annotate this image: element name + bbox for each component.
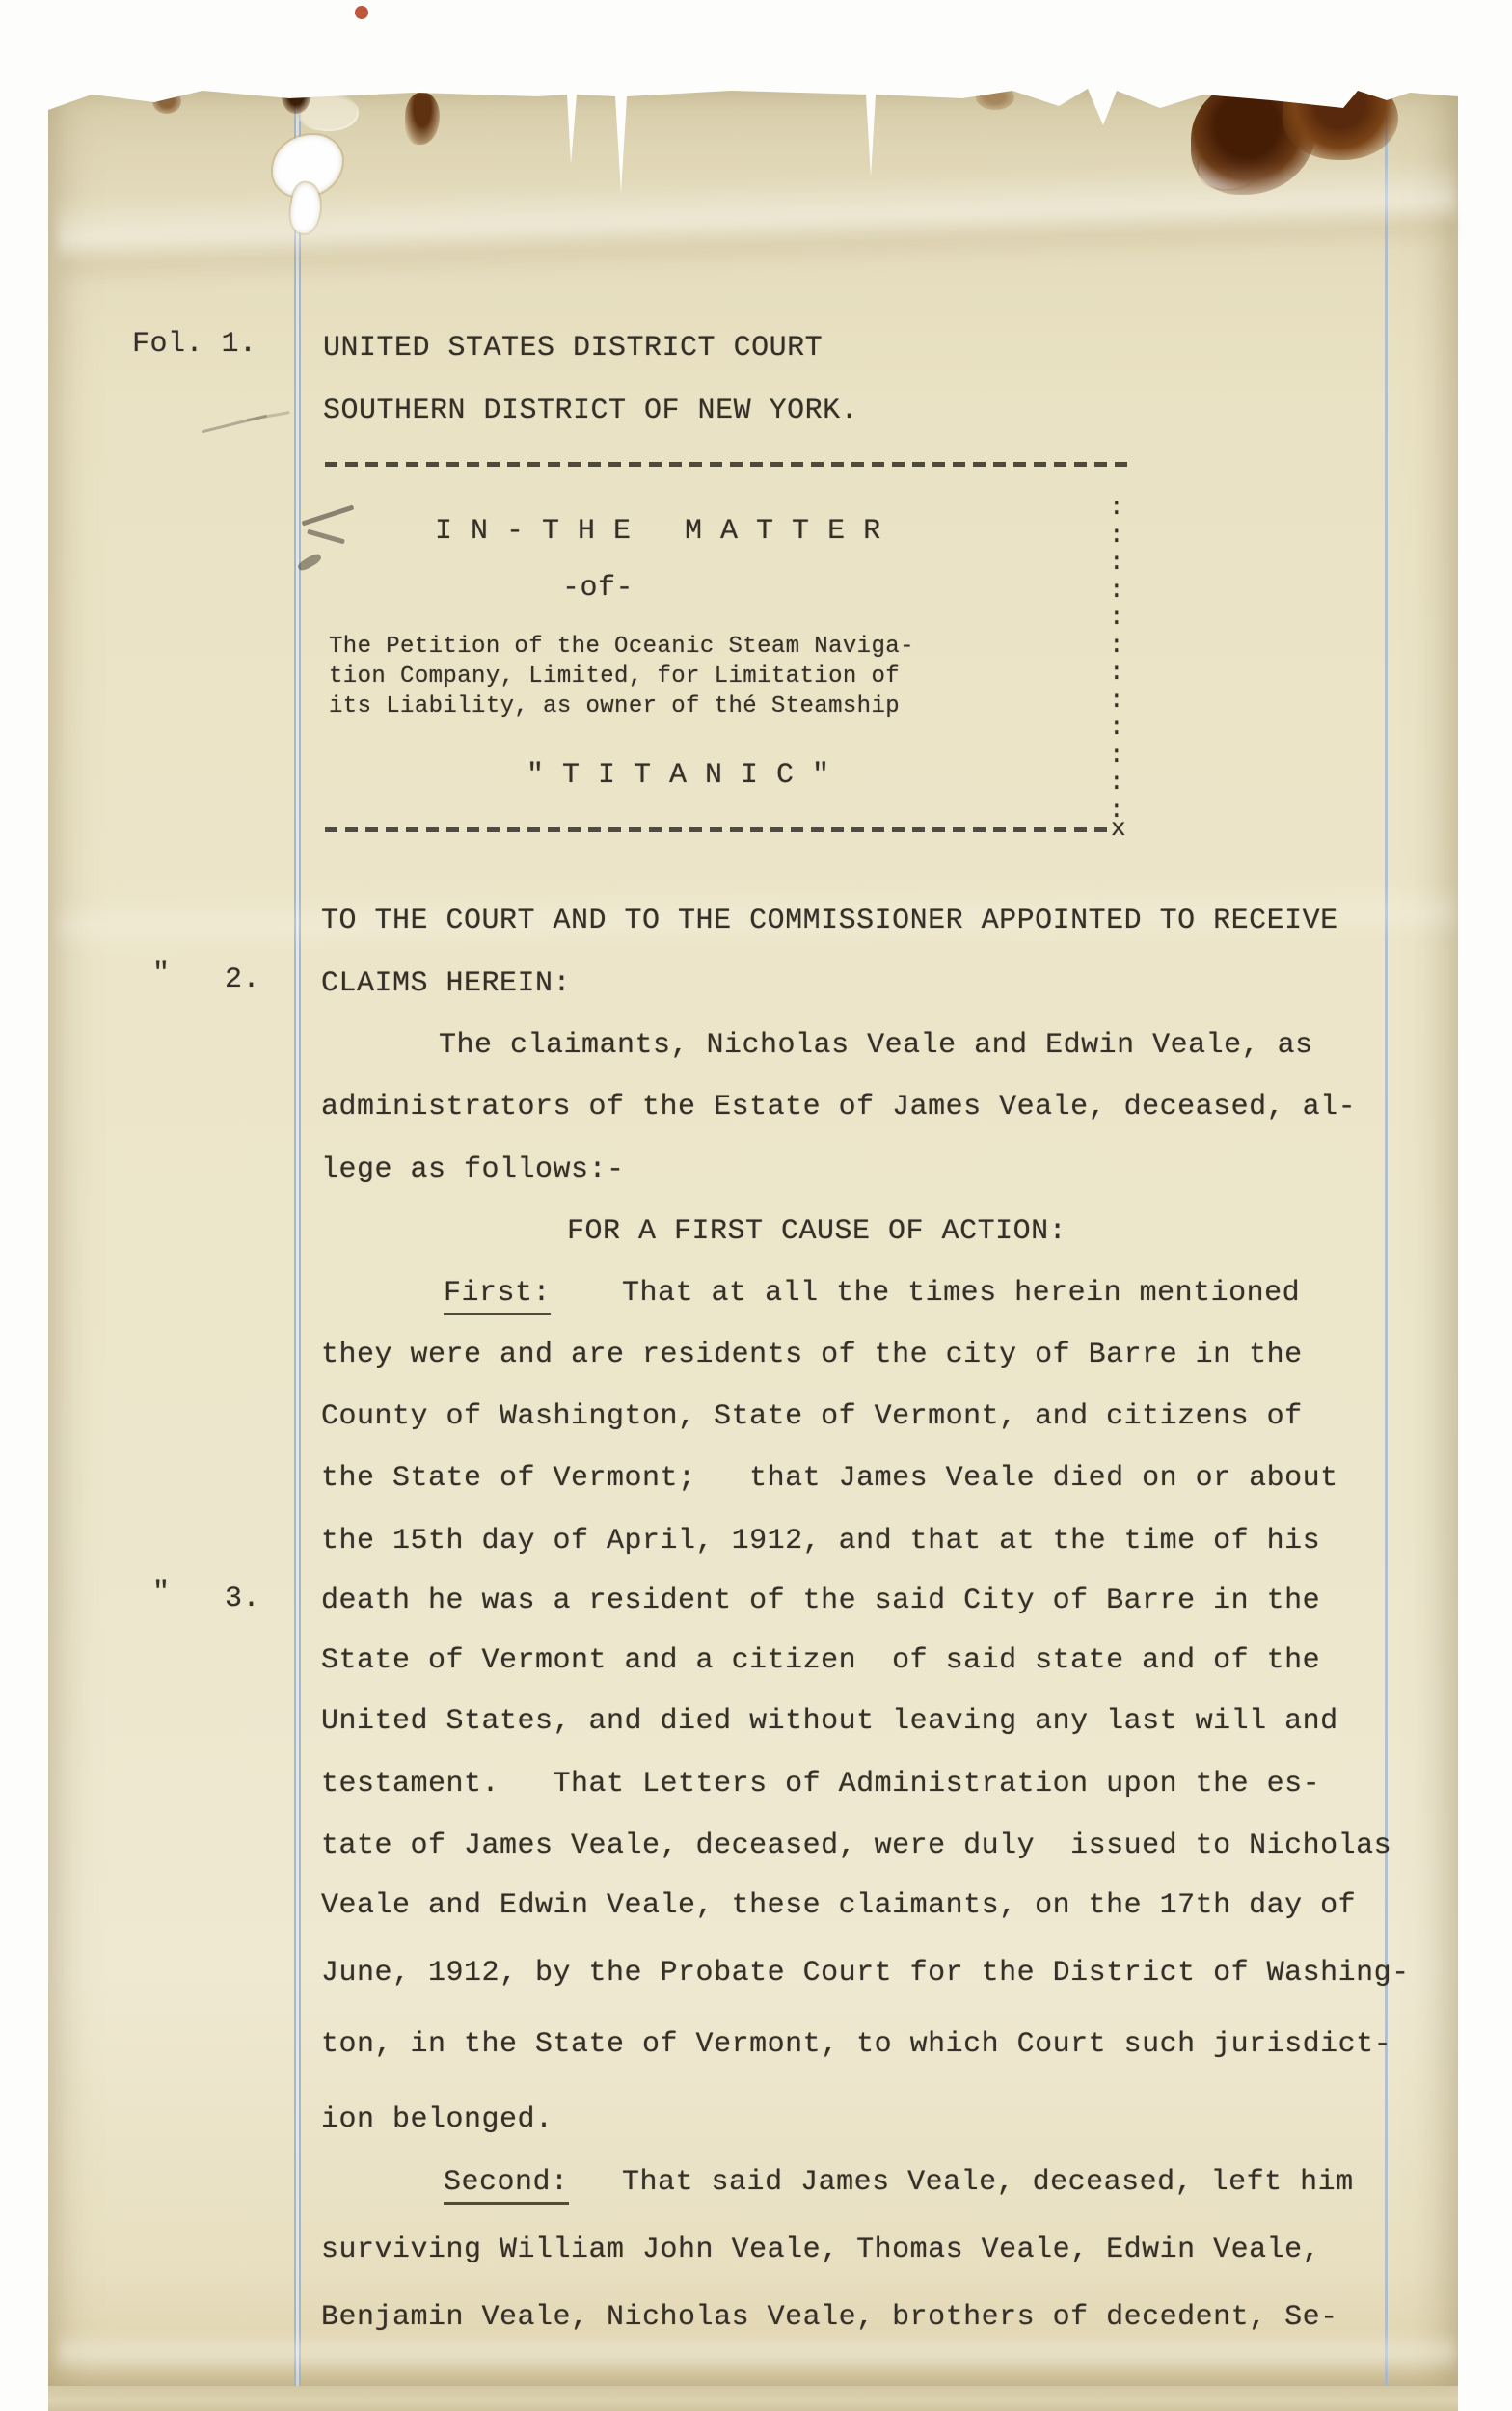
body-line: administrators of the Estate of James Ve… — [321, 1093, 1356, 1122]
body-line: death he was a resident of the said City… — [321, 1586, 1320, 1615]
body-line: United States, and died without leaving … — [321, 1707, 1338, 1736]
body-line: the 15th day of April, 1912, and that at… — [321, 1527, 1320, 1556]
caption-colon: : — [1109, 549, 1124, 577]
paragraph-lead-text: That at all the times herein mentioned — [551, 1277, 1300, 1310]
caption-colon: : — [1109, 659, 1124, 687]
caption-of: -of- — [562, 574, 634, 603]
document-scan-stage: Fol. 1. " 2. " 3. UNITED STATES DISTRICT… — [0, 0, 1512, 2411]
body-line: the State of Vermont; that James Veale d… — [321, 1464, 1338, 1493]
caption-colon: : — [1109, 769, 1124, 797]
margin-mark-2-ditto: " — [152, 960, 171, 989]
body-line: surviving William John Veale, Thomas Vea… — [321, 2235, 1320, 2264]
paragraph-lead-text: That said James Veale, deceased, left hi… — [569, 2166, 1354, 2199]
body-line: June, 1912, by the Probate Court for the… — [321, 1959, 1410, 1988]
caption-rule-bottom — [325, 827, 1108, 832]
paragraph-label: Second: — [444, 2166, 569, 2205]
petition-line: its Liability, as owner of thé Steamship — [329, 695, 900, 718]
ship-name: " T I T A N I C " — [526, 761, 830, 790]
caption-colon: : — [1109, 742, 1124, 770]
ink-stain — [405, 93, 440, 145]
cause-heading: FOR A FIRST CAUSE OF ACTION: — [567, 1217, 1066, 1246]
caption-terminator: x — [1111, 816, 1126, 841]
margin-mark-3-ditto: " — [152, 1579, 171, 1608]
pencil-smudge — [302, 504, 355, 526]
caption-colon: : — [1109, 604, 1124, 632]
body-line: tate of James Veale, deceased, were duly… — [321, 1831, 1391, 1860]
caption-colon: : — [1109, 522, 1124, 550]
caption-colon: : — [1109, 714, 1124, 742]
caption-colon: : — [1109, 494, 1124, 522]
body-line: lege as follows:- — [321, 1155, 625, 1184]
second-paragraph-lead: Second: That said James Veale, deceased,… — [444, 2168, 1354, 2197]
caption-rule-top — [325, 462, 1133, 467]
caption-colon: : — [1109, 632, 1124, 660]
first-paragraph-lead: First: That at all the times herein ment… — [444, 1279, 1300, 1308]
petition-line: The Petition of the Oceanic Steam Naviga… — [329, 636, 914, 659]
margin-mark-3-number: 3. — [225, 1585, 260, 1613]
folio-label: Fol. 1. — [132, 330, 257, 359]
body-line: The claimants, Nicholas Veale and Edwin … — [439, 1031, 1313, 1060]
court-name-line: UNITED STATES DISTRICT COURT — [323, 334, 823, 363]
body-line: ion belonged. — [321, 2105, 553, 2134]
ink-stain — [282, 79, 310, 114]
pencil-smudge — [307, 529, 345, 545]
caption-title: I N - T H E M A T T E R — [435, 517, 881, 546]
salutation-line: TO THE COURT AND TO THE COMMISSIONER APP… — [321, 907, 1338, 935]
body-line: ton, in the State of Vermont, to which C… — [321, 2030, 1391, 2059]
paragraph-label: First: — [444, 1277, 551, 1315]
caption-colon: : — [1109, 687, 1124, 715]
caption-colon: : — [1109, 577, 1124, 605]
ink-stain — [1282, 73, 1398, 160]
left-margin-rule — [294, 83, 302, 2386]
body-line: Veale and Edwin Veale, these claimants, … — [321, 1891, 1356, 1920]
ink-stain — [976, 85, 1014, 110]
petition-line: tion Company, Limited, for Limitation of — [329, 665, 900, 689]
pencil-smudge — [246, 411, 290, 421]
salutation-line: CLAIMS HEREIN: — [321, 969, 571, 998]
court-district-line: SOUTHERN DISTRICT OF NEW YORK. — [323, 396, 858, 425]
body-line: Benjamin Veale, Nicholas Veale, brothers… — [321, 2303, 1338, 2332]
body-line: they were and are residents of the city … — [321, 1341, 1303, 1369]
ink-stain — [152, 89, 181, 114]
sheet-bottom-edge — [48, 2386, 1458, 2411]
body-line: County of Washington, State of Vermont, … — [321, 1402, 1303, 1431]
red-ink-dot — [355, 6, 368, 19]
margin-mark-2-number: 2. — [225, 965, 260, 994]
body-line: testament. That Letters of Administratio… — [321, 1770, 1320, 1799]
body-line: State of Vermont and a citizen of said s… — [321, 1646, 1320, 1675]
caption-colon-column: : : : : : : : : : : : : — [1109, 494, 1124, 824]
